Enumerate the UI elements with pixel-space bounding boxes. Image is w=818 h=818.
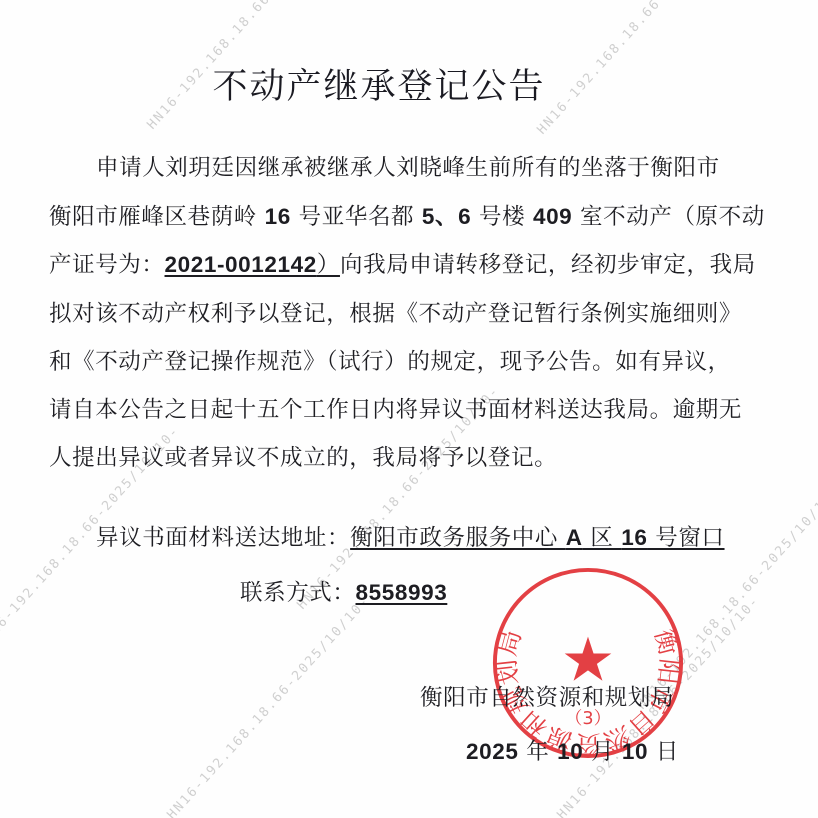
number: 409: [533, 204, 572, 229]
text: 号窗口: [647, 525, 724, 551]
number: 16: [265, 204, 291, 229]
page-title: 不动产继承登记公告: [0, 59, 758, 109]
body-line-2: 衡阳市雁峰区巷荫岭 16 号亚华名都 5、6 号楼 409 室不动产（原不动: [49, 199, 765, 231]
text: 衡阳市政务服务中心: [350, 525, 566, 551]
text: 日: [648, 739, 679, 765]
official-seal-stamp: 衡阳市自然资源和规划局 ★ （3）: [490, 565, 686, 761]
body-line-7: 人提出异议或者异议不成立的，我局将予以登记。: [49, 440, 557, 472]
text: 向我局申请转移登记，经初步审定，我局: [340, 252, 756, 278]
certificate-number: 2021-0012142: [165, 252, 317, 277]
text: 号楼: [471, 204, 533, 230]
date-month: 10: [557, 739, 583, 764]
watermark: HN16-192.168.18.66-2025/10/10-: [634, 483, 818, 712]
body-line-1: 申请人刘玥廷因继承被继承人刘晓峰生前所有的坐落于衡阳市: [96, 150, 720, 182]
issuer-name: 衡阳市自然资源和规划局: [420, 680, 674, 712]
watermark: HN16-192.168.18.66-2025/10/10-: [164, 593, 372, 818]
text: A: [566, 525, 583, 550]
contact-label: 联系方式：: [240, 580, 356, 606]
body-line-5: 和《不动产登记操作规范》（试行）的规定，现予公告。如有异议，: [49, 344, 731, 376]
text: 区: [583, 525, 622, 551]
issue-date: 2025 年 10 月 10 日: [466, 734, 679, 766]
objection-address-label: 异议书面材料送达地址：: [96, 525, 350, 551]
text: 室不动产（原不动: [572, 204, 765, 230]
text: ）: [317, 252, 340, 278]
text: 年: [518, 739, 557, 765]
objection-address: 异议书面材料送达地址：衡阳市政务服务中心 A 区 16 号窗口: [96, 520, 725, 552]
objection-address-value: 衡阳市政务服务中心 A 区 16 号窗口: [350, 525, 724, 551]
body-line-3: 产证号为：2021-0012142）向我局申请转移登记，经初步审定，我局: [49, 247, 756, 279]
number: 5、6: [422, 204, 471, 229]
date-day: 10: [622, 739, 648, 764]
text: 衡阳市雁峰区巷荫岭: [49, 204, 265, 230]
text: 月: [583, 739, 622, 765]
contact-info: 联系方式：8558993: [240, 575, 447, 607]
text: 号亚华名都: [291, 204, 422, 230]
body-line-4: 拟对该不动产权利予以登记，根据《不动产登记暂行条例实施细则》: [49, 296, 742, 328]
text: 16: [621, 525, 647, 550]
document-page: HN16-192.168.18.66-2025/10/10- HN16-192.…: [0, 0, 818, 818]
text: 产证号为：: [49, 252, 165, 278]
contact-phone: 8558993: [356, 580, 448, 605]
date-year: 2025: [466, 739, 518, 764]
body-line-6: 请自本公告之日起十五个工作日内将异议书面材料送达我局。逾期无: [49, 392, 742, 424]
